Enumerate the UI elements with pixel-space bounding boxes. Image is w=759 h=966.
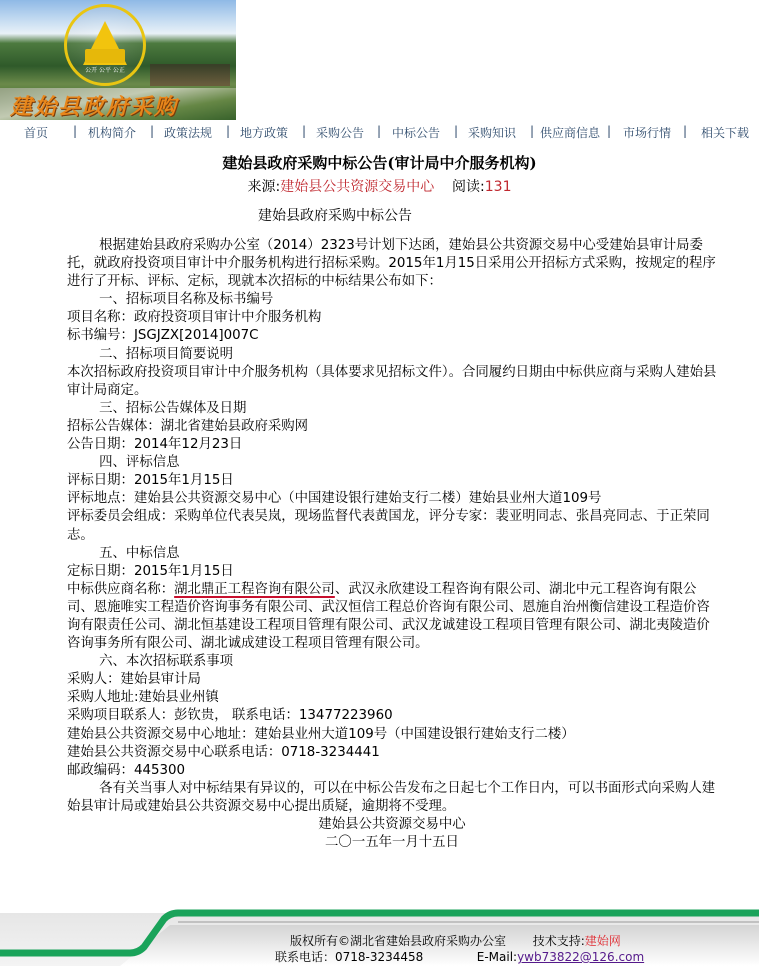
emblem-logo: 公开 公平 公正 xyxy=(64,4,146,86)
nav-procurement-notices[interactable]: 采购公告 xyxy=(316,124,364,141)
section-heading: 四、评标信息 xyxy=(67,454,717,472)
nav-procurement-knowledge[interactable]: 采购知识 xyxy=(468,124,516,141)
nav-market-info[interactable]: 市场行情 xyxy=(623,124,671,141)
project-name: 项目名称：政府投资项目审计中介服务机构 xyxy=(67,309,717,327)
source-label: 来源: xyxy=(248,179,281,195)
purchaser: 采购人：建始县审计局 xyxy=(67,671,717,689)
pavilion-decoration xyxy=(150,64,230,86)
award-date: 定标日期：2015年1月15日 xyxy=(67,563,717,581)
section-heading: 五、中标信息 xyxy=(67,545,717,563)
bid-number: 标书编号：JSGJZX[2014]007C xyxy=(67,327,717,345)
center-phone: 建始县公共资源交易中心联系电话：0718-3234441 xyxy=(67,744,717,762)
email-link[interactable]: ywb73822@126.com xyxy=(517,950,644,964)
center-address: 建始县公共资源交易中心地址：建始县业州大道109号（中国建设银行建始支行二楼） xyxy=(67,726,717,744)
nav-separator: | xyxy=(150,124,154,138)
notice-date: 公告日期：2014年12月23日 xyxy=(67,436,717,454)
nav-separator: | xyxy=(226,124,230,138)
nav-separator: | xyxy=(454,124,458,138)
winning-suppliers: 中标供应商名称：湖北鼎正工程咨询有限公司、武汉永欣建设工程咨询有限公司、湖北中元… xyxy=(67,581,717,653)
nav-separator: | xyxy=(607,124,611,138)
nav-about[interactable]: 机构简介 xyxy=(88,124,136,141)
cg-letters-icon xyxy=(85,49,125,63)
site-title: 建始县政府采购 xyxy=(10,90,178,120)
site-footer: 版权所有©湖北省建始县政府采购办公室 技术支持:建始网 联系电话：0718-32… xyxy=(0,905,759,966)
copyright-text: 版权所有©湖北省建始县政府采购办公室 xyxy=(290,934,506,948)
section-heading: 一、招标项目名称及标书编号 xyxy=(67,291,717,309)
winner-highlighted: 湖北鼎正工程咨询有限公司 xyxy=(174,582,335,597)
article-body: 根据建始县政府采购办公室（2014）2323号计划下达函，建始县公共资源交易中心… xyxy=(67,237,717,852)
nav-downloads[interactable]: 相关下载 xyxy=(701,124,749,141)
tech-support-label: 技术支持: xyxy=(533,934,585,948)
nav-separator: | xyxy=(302,124,306,138)
footer-contact-line: 联系电话：0718-3234458 E-Mail:ywb73822@126.co… xyxy=(275,948,644,965)
contact-person: 采购项目联系人：彭钦贵， 联系电话：13477223960 xyxy=(67,707,717,725)
reads-count: 131 xyxy=(485,179,512,195)
nav-separator: | xyxy=(377,124,381,138)
section-heading: 六、本次招标联系事项 xyxy=(67,653,717,671)
signature-org: 建始县公共资源交易中心 xyxy=(67,816,717,834)
article-subtitle: 建始县政府采购中标公告 xyxy=(258,205,412,225)
main-nav: 首页 | 机构简介 | 政策法规 | 地方政策 | 采购公告 | 中标公告 | … xyxy=(0,124,759,142)
nav-supplier-info[interactable]: 供应商信息 xyxy=(540,124,600,141)
nav-home[interactable]: 首页 xyxy=(24,124,48,141)
objection-paragraph: 各有关当事人对中标结果有异议的，可以在中标公告发布之日起七个工作日内，可以书面形… xyxy=(67,780,717,816)
postcode: 邮政编码：445300 xyxy=(67,762,717,780)
nav-separator: | xyxy=(530,124,534,138)
footer-phone: 联系电话：0718-3234458 xyxy=(275,950,423,964)
footer-copyright-line: 版权所有©湖北省建始县政府采购办公室 技术支持:建始网 xyxy=(290,932,621,949)
evaluation-committee: 评标委员会组成：采购单位代表吴岚，现场监督代表黄国龙，评分专家：裴亚明同志、张昌… xyxy=(67,508,717,544)
reads-label: 阅读: xyxy=(452,179,485,195)
nav-policies[interactable]: 政策法规 xyxy=(164,124,212,141)
intro-paragraph: 根据建始县政府采购办公室（2014）2323号计划下达函，建始县公共资源交易中心… xyxy=(67,237,717,291)
nav-separator: | xyxy=(73,124,77,138)
signature-date: 二〇一五年一月十五日 xyxy=(67,834,717,852)
site-banner: 公开 公平 公正 建始县政府采购 xyxy=(0,0,236,120)
source-value: 建始县公共资源交易中心 xyxy=(280,179,434,195)
notice-media: 招标公告媒体：湖北省建始县政府采购网 xyxy=(67,418,717,436)
page-title: 建始县政府采购中标公告(审计局中介服务机构) xyxy=(0,152,759,173)
tech-support-link[interactable]: 建始网 xyxy=(585,934,621,948)
email-label: E-Mail: xyxy=(477,950,517,964)
nav-award-notices[interactable]: 中标公告 xyxy=(392,124,440,141)
nav-separator: | xyxy=(683,124,687,138)
section-heading: 二、招标项目简要说明 xyxy=(67,346,717,364)
section-heading: 三、招标公告媒体及日期 xyxy=(67,400,717,418)
nav-local-policies[interactable]: 地方政策 xyxy=(240,124,288,141)
evaluation-place: 评标地点：建始县公共资源交易中心（中国建设银行建始支行二楼）建始县业州大道109… xyxy=(67,490,717,508)
purchaser-address: 采购人地址:建始县业州镇 xyxy=(67,689,717,707)
evaluation-date: 评标日期：2015年1月15日 xyxy=(67,472,717,490)
project-description: 本次招标政府投资项目审计中介服务机构（具体要求见招标文件）。合同履约日期由中标供… xyxy=(67,364,717,400)
emblem-motto: 公开 公平 公正 xyxy=(67,65,143,74)
winners-label: 中标供应商名称： xyxy=(67,582,174,597)
article-meta: 来源:建始县公共资源交易中心 阅读:131 xyxy=(0,176,759,196)
